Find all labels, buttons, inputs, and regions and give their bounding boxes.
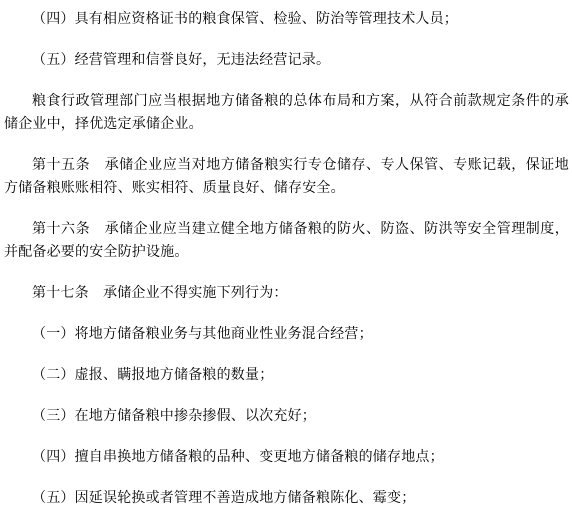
paragraph-item-5-good-credit: （五）经营管理和信誉良好，无违法经营记录。 — [4, 49, 569, 72]
paragraph-article-16: 第十六条 承储企业应当建立健全地方储备粮的防火、防盗、防洪等安全管理制度，并配备… — [4, 218, 569, 264]
paragraph-prohibited-act-1: （一）将地方储备粮业务与其他商业性业务混合经营； — [4, 323, 569, 346]
paragraph-prohibited-act-2: （二）虚报、瞒报地方储备粮的数量； — [4, 364, 569, 387]
paragraph-item-4-qualified-staff: （四）具有相应资格证书的粮食保管、检验、防治等管理技术人员； — [4, 8, 569, 31]
document-page: （四）具有相应资格证书的粮食保管、检验、防治等管理技术人员； （五）经营管理和信… — [0, 0, 572, 508]
paragraph-selection-of-storage-enterprise: 粮食行政管理部门应当根据地方储备粮的总体布局和方案，从符合前款规定条件的承储企业… — [4, 90, 569, 136]
paragraph-prohibited-act-4: （四）擅自串换地方储备粮的品种、变更地方储备粮的储存地点； — [4, 446, 569, 469]
paragraph-article-15: 第十五条 承储企业应当对地方储备粮实行专仓储存、专人保管、专账记载，保证地方储备… — [4, 154, 569, 200]
paragraph-prohibited-act-3: （三）在地方储备粮中掺杂掺假、以次充好； — [4, 405, 569, 428]
paragraph-article-17: 第十七条 承储企业不得实施下列行为： — [4, 282, 569, 305]
paragraph-prohibited-act-5: （五）因延误轮换或者管理不善造成地方储备粮陈化、霉变； — [4, 487, 569, 508]
